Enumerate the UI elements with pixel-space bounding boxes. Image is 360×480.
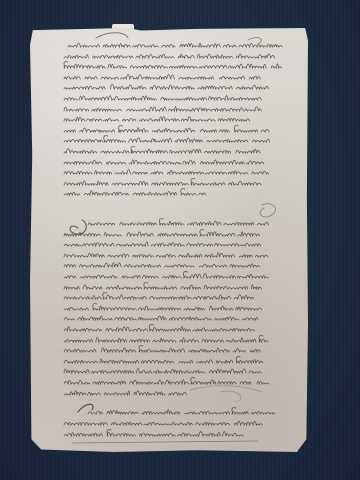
handwritten-line — [64, 282, 260, 292]
handwritten-line — [64, 146, 260, 156]
handwritten-line — [64, 335, 268, 345]
handwritten-line — [64, 114, 260, 124]
handwritten-line — [64, 271, 268, 281]
handwritten-line — [64, 250, 268, 260]
handwritten-line — [64, 125, 268, 135]
handwritten-line — [64, 51, 280, 61]
handwritten-line — [88, 218, 266, 228]
handwritten-line — [64, 178, 260, 188]
handwritten-line — [68, 40, 284, 50]
handwritten-line — [64, 429, 242, 439]
handwritten-text — [0, 0, 360, 480]
handwritten-line — [64, 93, 260, 103]
handwritten-line — [64, 239, 260, 249]
handwritten-line — [64, 188, 205, 198]
handwritten-line — [64, 366, 260, 376]
handwritten-line — [64, 61, 280, 71]
handwritten-line — [64, 104, 260, 114]
handwritten-line — [64, 167, 268, 177]
handwritten-line — [64, 345, 260, 355]
handwritten-line — [64, 388, 192, 398]
handwritten-line — [64, 292, 260, 302]
handwritten-line — [64, 72, 260, 82]
handwritten-line — [88, 407, 274, 417]
handwritten-line — [64, 313, 260, 323]
handwritten-line — [64, 377, 268, 387]
handwritten-line — [64, 157, 260, 167]
handwritten-line — [64, 303, 260, 313]
handwritten-line — [64, 418, 260, 428]
handwritten-line — [64, 356, 260, 366]
handwritten-line — [64, 82, 268, 92]
handwritten-line — [64, 135, 268, 145]
handwritten-line — [64, 260, 260, 270]
handwritten-line — [64, 229, 260, 239]
handwritten-line — [64, 324, 260, 334]
